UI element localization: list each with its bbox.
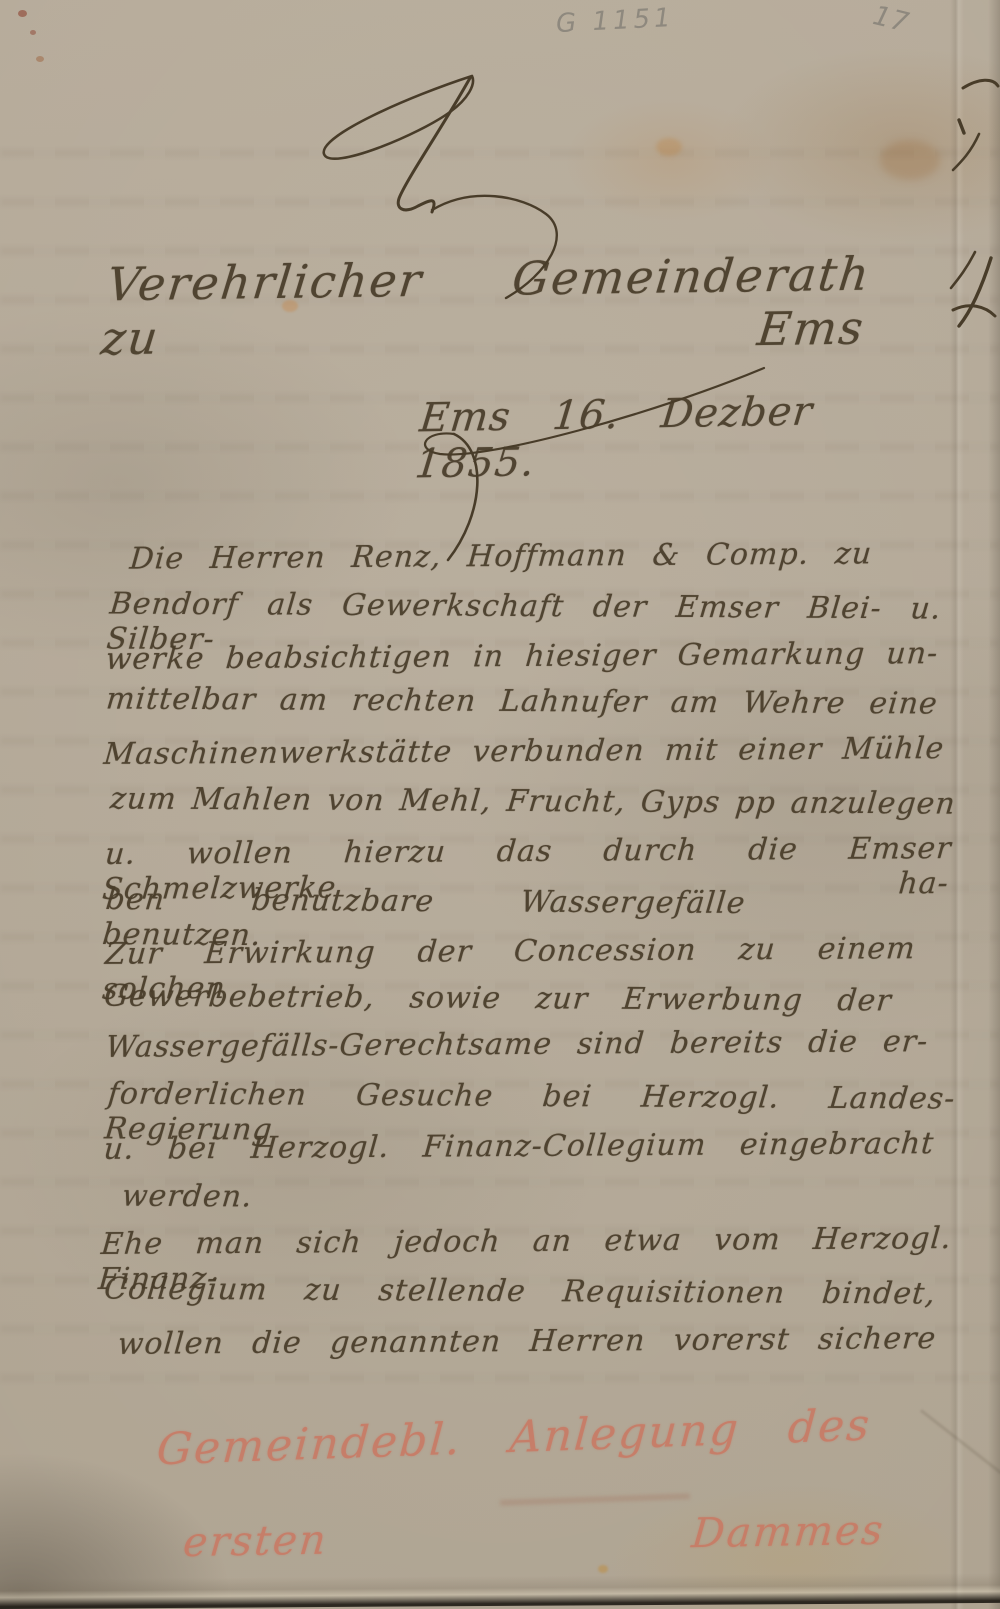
body-line: Die Herren Renz, Hoffmann & Comp. zu: [128, 536, 873, 576]
stain: [598, 1565, 608, 1573]
body-line: mittelbar am rechten Lahnufer am Wehre e…: [105, 681, 940, 721]
body-line: u. bei Herzogl. Finanz-Collegium eingebr…: [102, 1126, 935, 1167]
body-line: Collegium zu stellende Requisitionen bin…: [103, 1271, 938, 1311]
stain: [656, 138, 682, 156]
stain: [880, 140, 940, 180]
stain: [18, 10, 27, 17]
body-line: Gewerbebetrieb, sowie zur Erwerbung der: [103, 979, 894, 1019]
body-line: werden.: [120, 1179, 254, 1215]
body-line: werke beabsichtigen in hiesiger Gemarkun…: [104, 636, 939, 677]
pencil-archive-number: G 1151: [555, 3, 675, 39]
stain: [30, 30, 36, 35]
margin-ink-fragment: [935, 60, 1000, 340]
body-line: Maschinenwerkstätte verbunden mit einer …: [102, 731, 945, 772]
body-line: Wassergefälls-Gerechtsame sind bereits d…: [104, 1024, 929, 1065]
stain: [36, 56, 44, 62]
body-line: wollen die genannten Herren vorerst sich…: [116, 1321, 937, 1362]
address-line: Verehrlicher Gemeinderath zu Ems: [99, 247, 874, 366]
body-line: zum Mahlen von Mehl, Frucht, Gyps pp anz…: [109, 781, 958, 821]
date-line: Ems 16. Dezber 1855.: [413, 389, 815, 488]
page-bottom-edge: [0, 1573, 1000, 1609]
